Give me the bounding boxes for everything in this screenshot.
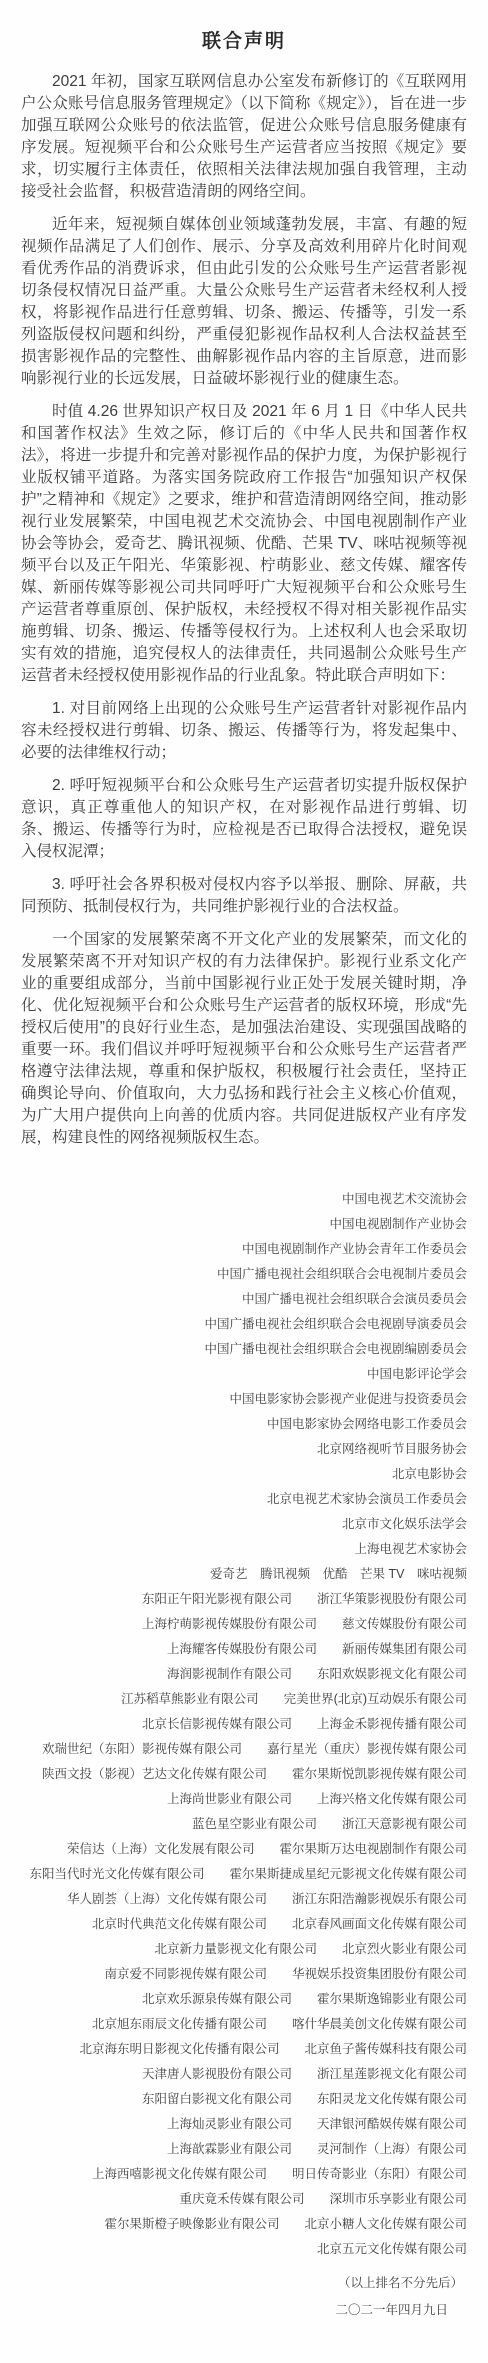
date-line: 二〇二一年四月九日 xyxy=(21,2298,467,2323)
signatory-line: 北京欢乐源泉传媒有限公司 霍尔果斯逸锦影业有限公司 xyxy=(21,1987,467,2012)
ranking-note: （以上排名不分先后） xyxy=(21,2271,467,2296)
page-title: 联合声明 xyxy=(21,26,467,53)
paragraph-declaration: 时值 4.26 世界知识产权日及 2021 年 6 月 1 日《中华人民共和国著… xyxy=(21,401,467,687)
signatory-line: 北京电视艺术家协会演员工作委员会 xyxy=(21,1487,467,1512)
signatory-line: 南京爱不同影视传媒有限公司 华视娱乐投资集团股份有限公司 xyxy=(21,1962,467,1987)
signatory-line: 北京五元文化传媒有限公司 xyxy=(21,2237,467,2262)
signatory-line: 荣信达（上海）文化发展有限公司 霍尔果斯万达电视剧制作有限公司 xyxy=(21,1837,467,1862)
signatory-line: 东阳留白影视文化有限公司 东阳灵龙文化传媒有限公司 xyxy=(21,2087,467,2112)
signatory-list: 中国电视艺术交流协会中国电视剧制作产业协会中国电视剧制作产业协会青年工作委员会中… xyxy=(21,1187,467,2262)
signatory-line: 东阳正午阳光影视有限公司 浙江华策影视股份有限公司 xyxy=(21,1587,467,1612)
signatory-line: 中国电影家协会影视产业促进与投资委员会 xyxy=(21,1387,467,1412)
signatory-line: 上海电视艺术家协会 xyxy=(21,1537,467,1562)
signatory-line: 北京电影协会 xyxy=(21,1462,467,1487)
signatory-line: 霍尔果斯橙子映像影业有限公司 北京小糖人文化传媒有限公司 xyxy=(21,2212,467,2237)
signatory-line: 江苏稻草熊影业有限公司 完美世界(北京)互动娱乐有限公司 xyxy=(21,1687,467,1712)
signatory-line: 北京市文化娱乐法学会 xyxy=(21,1512,467,1537)
signatory-line: 中国广播电视社会组织联合会电视制片委员会 xyxy=(21,1262,467,1287)
signatory-line: 中国电视剧制作产业协会 xyxy=(21,1212,467,1237)
signatory-line: 上海歆霖影业有限公司 灵河制作（上海）有限公司 xyxy=(21,2137,467,2162)
signatory-line: 中国电视艺术交流协会 xyxy=(21,1187,467,1212)
signatory-line: 北京时代典范文化传媒有限公司 北京春风画面文化传媒有限公司 xyxy=(21,1912,467,1937)
signatory-line: 上海西嘻影视文化传媒有限公司 明日传奇影业（东阳）有限公司 xyxy=(21,2162,467,2187)
signatory-line: 爱奇艺 腾讯视频 优酷 芒果 TV 咪咕视频 xyxy=(21,1562,467,1587)
signatory-line: 北京新力量影视文化有限公司 北京烈火影业有限公司 xyxy=(21,1937,467,1962)
signatory-line: 华人剧荟（上海）文化传媒有限公司 浙江东阳浩瀚影视娱乐有限公司 xyxy=(21,1887,467,1912)
signatory-line: 北京旭东雨辰文化传播有限公司 喀什华晨美创文化传媒有限公司 xyxy=(21,2012,467,2037)
signatory-line: 海润影视制作有限公司 东阳欢娱影视文化有限公司 xyxy=(21,1662,467,1687)
signatory-line: 重庆竟禾传媒有限公司 深圳市乐享影业有限公司 xyxy=(21,2187,467,2212)
signatory-line: 上海灿灵影业有限公司 天津银河酷娱传媒有限公司 xyxy=(21,2112,467,2137)
signatory-line: 欢瑞世纪（东阳）影视传媒有限公司 嘉行星光（重庆）影视传媒有限公司 xyxy=(21,1737,467,1762)
signatory-line: 上海柠萌影视传媒股份有限公司 慈文传媒股份有限公司 xyxy=(21,1612,467,1637)
signatory-line: 中国电影评论学会 xyxy=(21,1362,467,1387)
signatory-line: 中国广播电视社会组织联合会演员委员会 xyxy=(21,1287,467,1312)
signatory-line: 蓝色星空影业有限公司 浙江天意影视有限公司 xyxy=(21,1812,467,1837)
signatory-line: 中国电视剧制作产业协会青年工作委员会 xyxy=(21,1237,467,1262)
signatory-line: 陕西文投（影视）艺达文化传媒有限公司 霍尔果斯悦凯影视传媒有限公司 xyxy=(21,1762,467,1787)
signatory-line: 中国广播电视社会组织联合会电视剧编剧委员会 xyxy=(21,1337,467,1362)
numbered-item-1: 1. 对目前网络上出现的公众账号生产运营者针对影视作品内容未经授权进行剪辑、切条… xyxy=(21,698,467,764)
signatory-line: 中国电影家协会网络电影工作委员会 xyxy=(21,1412,467,1437)
signatory-line: 北京长信影视传媒有限公司 上海金禾影视传播有限公司 xyxy=(21,1712,467,1737)
numbered-item-2: 2. 呼吁短视频平台和公众账号生产运营者切实提升版权保护意识，真正尊重他人的知识… xyxy=(21,775,467,863)
numbered-item-3: 3. 呼吁社会各界积极对侵权内容予以举报、删除、屏蔽，共同预防、抵制侵权行为，共… xyxy=(21,874,467,918)
signatory-line: 东阳当代时光文化传媒有限公司 霍尔果斯捷成星纪元影视文化传媒有限公司 xyxy=(21,1862,467,1887)
closing-paragraph: 一个国家的发展繁荣离不开文化产业的发展繁荣，而文化的发展繁荣离不开对知识产权的有… xyxy=(21,929,467,1149)
signatory-line: 上海耀客传媒股份有限公司 新丽传媒集团有限公司 xyxy=(21,1637,467,1662)
signatory-line: 中国广播电视社会组织联合会电视剧导演委员会 xyxy=(21,1312,467,1337)
joint-statement-document: 联合声明 2021 年初，国家互联网信息办公室发布新修订的《互联网用户公众账号信… xyxy=(0,0,488,2363)
signatory-line: 北京海东明日影视文化传播有限公司 北京鱼子酱传媒科技有限公司 xyxy=(21,2037,467,2062)
signatory-line: 北京网络视听节目服务协会 xyxy=(21,1437,467,1462)
signatory-line: 上海尚世影业有限公司 上海兴格文化传媒有限公司 xyxy=(21,1787,467,1812)
signatory-line: 天津唐人影视股份有限公司 浙江星莲影视文化有限公司 xyxy=(21,2062,467,2087)
paragraph-intro: 2021 年初，国家互联网信息办公室发布新修订的《互联网用户公众账号信息服务管理… xyxy=(21,71,467,203)
paragraph-background: 近年来，短视频自媒体创业领域蓬勃发展，丰富、有趣的短视频作品满足了人们创作、展示… xyxy=(21,214,467,390)
